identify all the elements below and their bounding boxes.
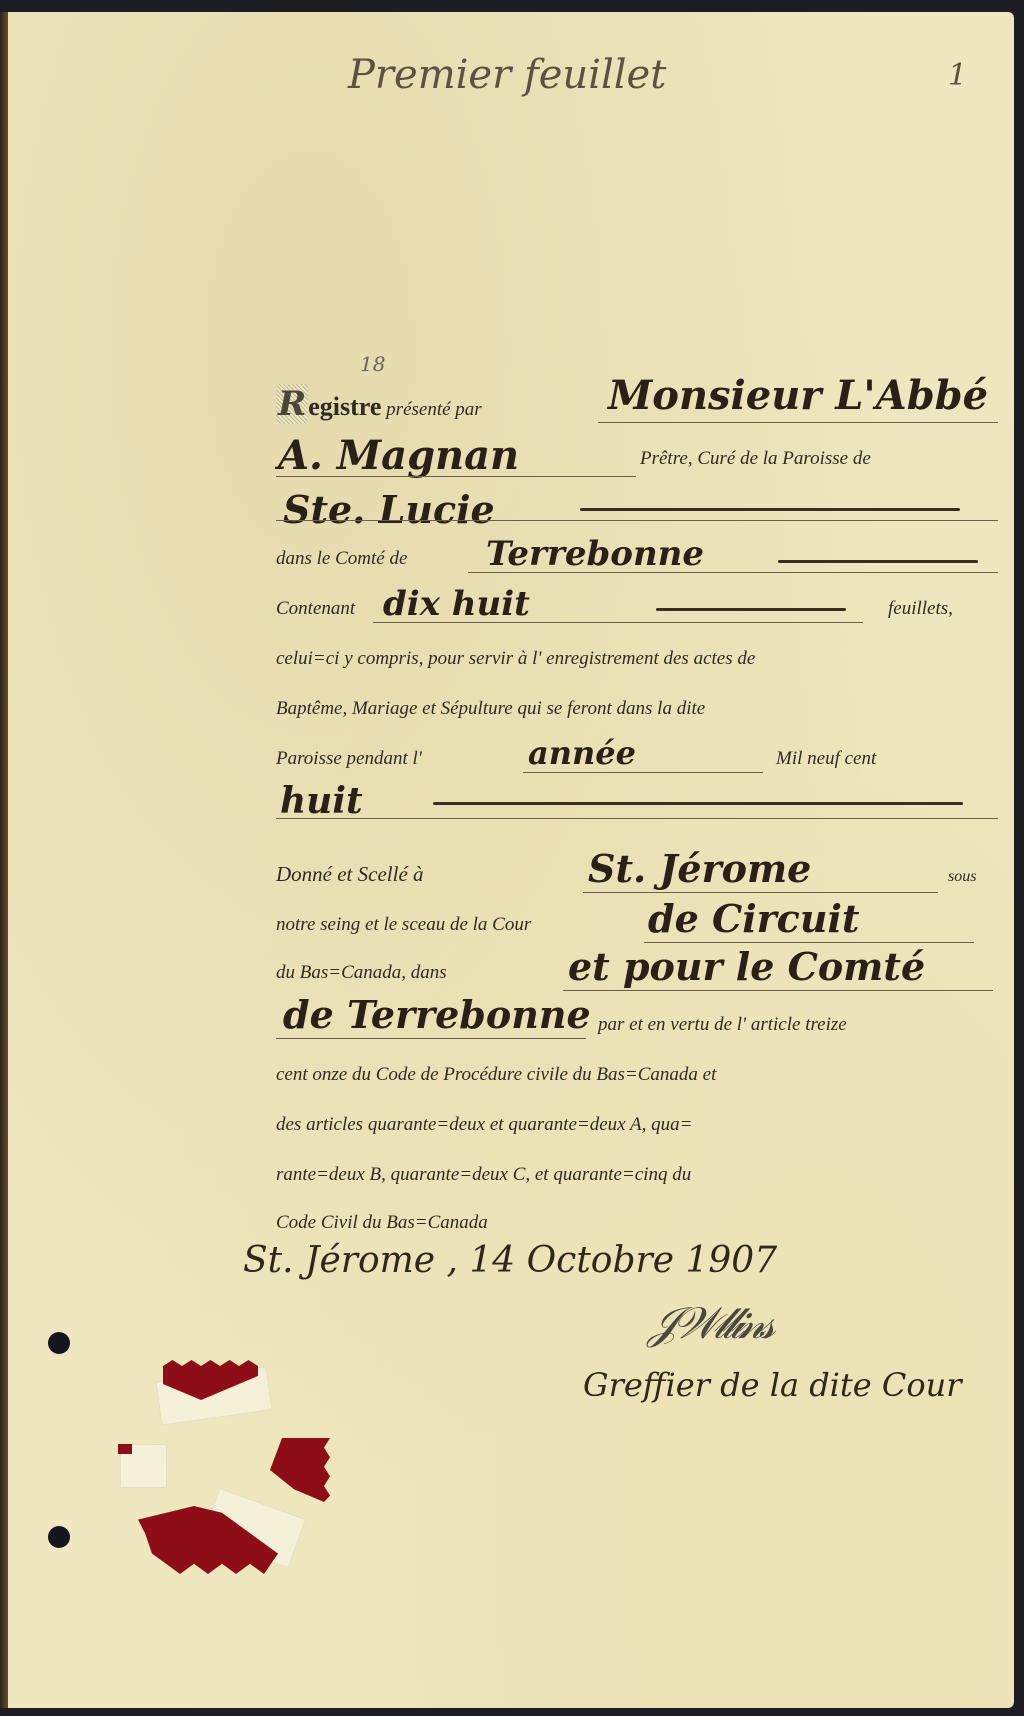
place-date: St. Jérome , 14 Octobre 1907: [243, 1240, 777, 1281]
signature-title: Greffier de la dite Cour: [583, 1366, 962, 1404]
fill-line: [523, 772, 763, 773]
place-name: St. Jérome: [588, 846, 811, 891]
presenter-title: Monsieur L'Abbé: [608, 372, 988, 419]
fill-line: [468, 572, 998, 573]
fill-line: [598, 422, 998, 423]
line-10-printed: Donné et Scellé à: [276, 862, 424, 887]
line-4-printed: dans le Comté de: [276, 548, 407, 570]
parish-name: Ste. Lucie: [283, 487, 495, 532]
jurisdiction-county: de Terrebonne: [283, 992, 591, 1037]
line-2-printed: Prêtre, Curé de la Paroisse de: [640, 448, 871, 470]
line-7-printed: Baptême, Mariage et Sépulture qui se fer…: [276, 698, 705, 720]
line-12-printed: du Bas=Canada, dans: [276, 962, 447, 984]
county-name: Terrebonne: [486, 534, 704, 574]
line-5-printed: Contenant: [276, 598, 355, 620]
line-10-suffix: sous: [948, 868, 976, 886]
binder-hole: [48, 1526, 70, 1548]
binder-hole: [48, 1332, 70, 1354]
line-5-suffix: feuillets,: [888, 598, 953, 620]
jurisdiction: et pour le Comté: [568, 944, 925, 989]
line-13-suffix: par et en vertu de l' article treize: [598, 1014, 847, 1036]
fill-line: [583, 892, 938, 893]
line-11-printed: notre seing et le sceau de la Cour: [276, 914, 531, 936]
court-name: de Circuit: [648, 896, 859, 941]
fill-line: [276, 476, 636, 477]
fill-line: [276, 520, 998, 521]
fill-line: [276, 818, 998, 819]
fill-line: [276, 1038, 586, 1039]
wax-seal-fragment: [270, 1438, 330, 1502]
line-15-printed: des articles quarante=deux et quarante=d…: [276, 1114, 692, 1136]
leaf-count: dix huit: [383, 584, 530, 624]
line-8-printed: Paroisse pendant l': [276, 748, 422, 770]
line-8-suffix: Mil neuf cent: [776, 748, 876, 770]
fill-dash: [656, 608, 846, 611]
line-17-printed: Code Civil du Bas=Canada: [276, 1212, 488, 1234]
line-1-printed: Registre présenté par: [276, 384, 482, 424]
line-16-printed: rante=deux B, quarante=deux C, et quaran…: [276, 1164, 691, 1186]
line-6-printed: celui=ci y compris, pour servir à l' enr…: [276, 648, 755, 670]
fill-dash: [433, 802, 963, 805]
fill-dash: [778, 560, 978, 563]
priest-name: A. Magnan: [278, 432, 519, 479]
header-annotation: Premier feuillet: [348, 52, 666, 98]
fill-line: [373, 622, 863, 623]
wax-seal-fragment: [118, 1444, 132, 1454]
fill-line: [644, 942, 974, 943]
register-page: Premier feuillet 1 18 Registre présenté …: [8, 12, 1014, 1708]
fill-line: [563, 990, 993, 991]
line-14-printed: cent onze du Code de Procédure civile du…: [276, 1064, 716, 1086]
decorative-initial: R: [276, 384, 308, 424]
year-final: huit: [280, 780, 363, 822]
fill-dash: [580, 508, 960, 511]
signature: 𝒥𝒲𝓁𝓁𝒾𝓃𝓈: [648, 1298, 769, 1349]
page-number: 1: [948, 58, 967, 93]
year-word: année: [528, 734, 636, 772]
margin-note: 18: [360, 352, 385, 376]
